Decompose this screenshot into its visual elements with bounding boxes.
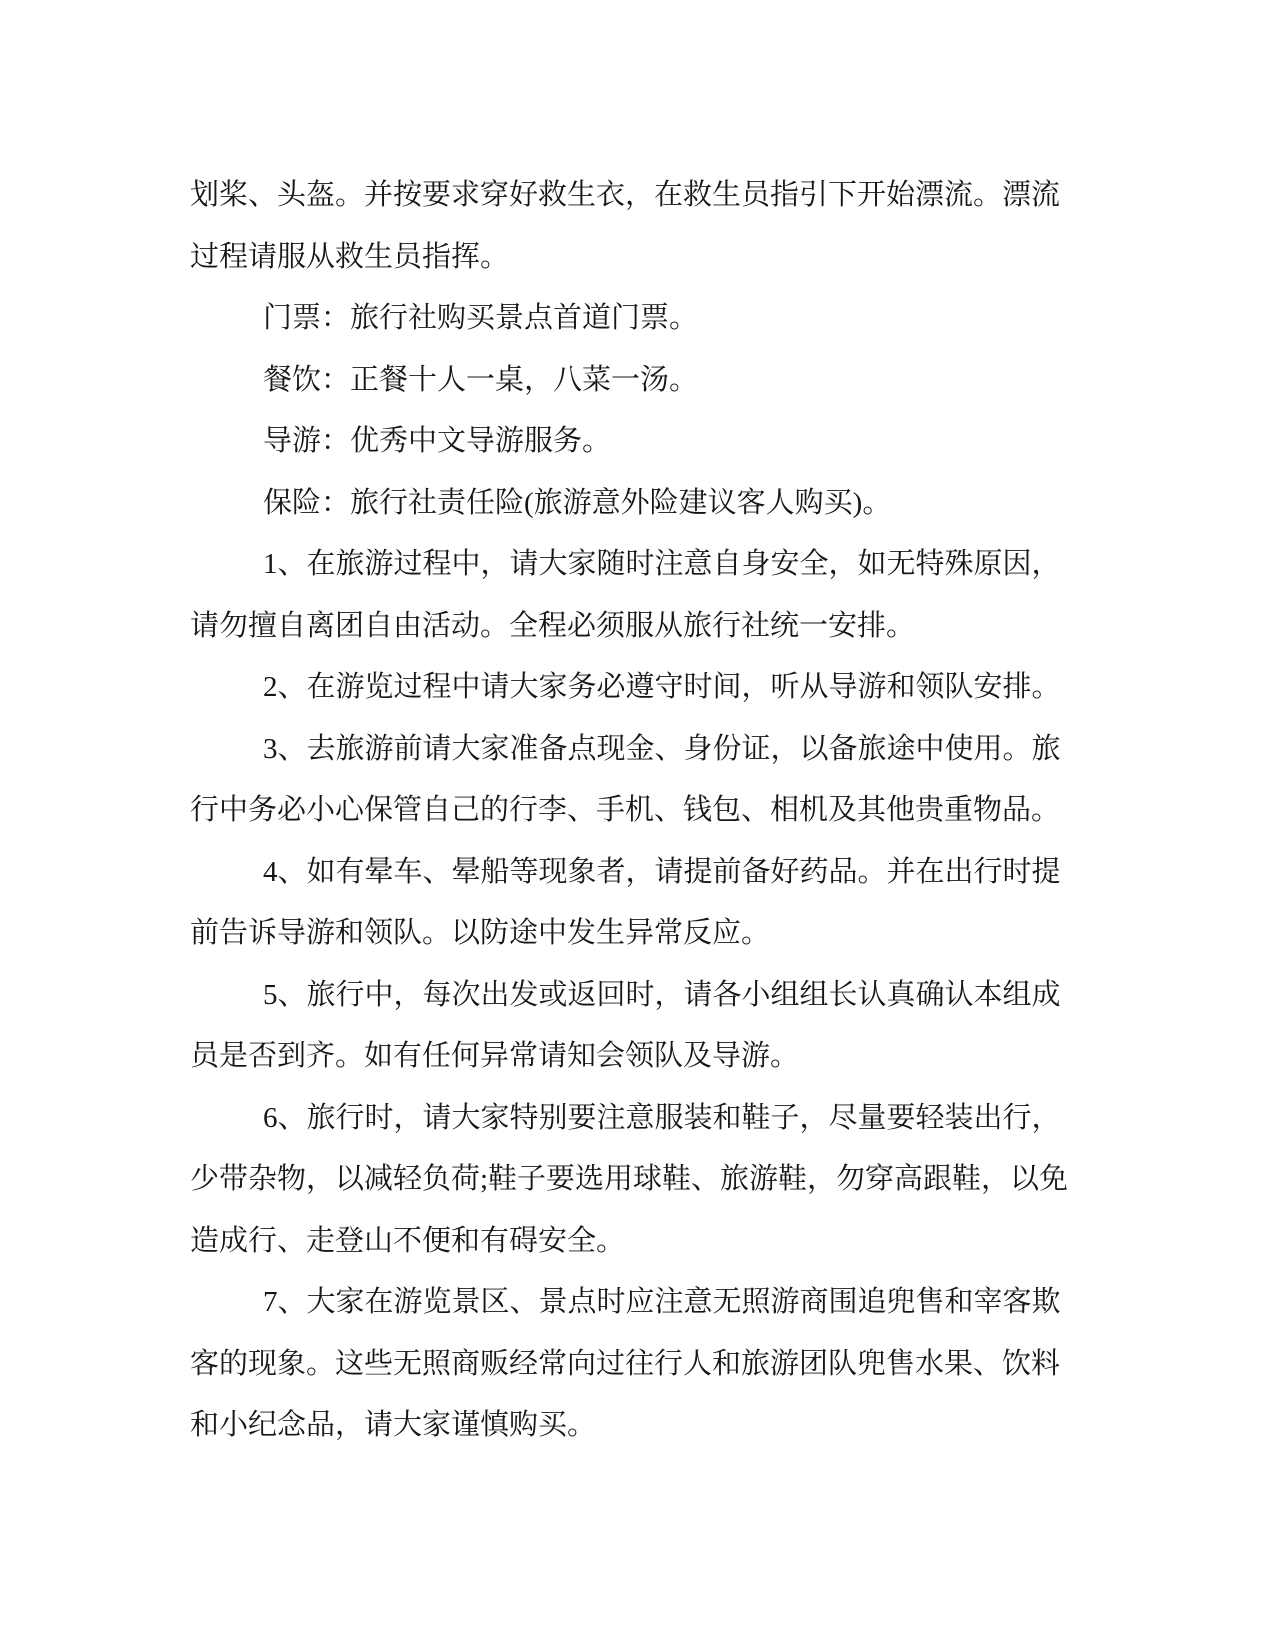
paragraph: 导游：优秀中文导游服务。	[190, 411, 1085, 473]
text-line: 前告诉导游和领队。以防途中发生异常反应。	[190, 903, 1085, 965]
text-line: 门票：旅行社购买景点首道门票。	[190, 288, 1085, 350]
paragraph: 划桨、头盔。并按要求穿好救生衣，在救生员指引下开始漂流。漂流过程请服从救生员指挥…	[190, 165, 1085, 288]
text-line: 7、大家在游览景区、景点时应注意无照游商围追兜售和宰客欺	[190, 1272, 1085, 1334]
text-line: 4、如有晕车、晕船等现象者，请提前备好药品。并在出行时提	[190, 842, 1085, 904]
text-line: 餐饮：正餐十人一桌，八菜一汤。	[190, 350, 1085, 412]
text-line: 请勿擅自离团自由活动。全程必须服从旅行社统一安排。	[190, 596, 1085, 658]
text-line: 1、在旅游过程中，请大家随时注意自身安全，如无特殊原因，	[190, 534, 1085, 596]
paragraph: 保险：旅行社责任险(旅游意外险建议客人购买)。	[190, 473, 1085, 535]
text-line: 3、去旅游前请大家准备点现金、身份证，以备旅途中使用。旅	[190, 719, 1085, 781]
text-line: 造成行、走登山不便和有碍安全。	[190, 1211, 1085, 1273]
text-line: 客的现象。这些无照商贩经常向过往行人和旅游团队兜售水果、饮料	[190, 1334, 1085, 1396]
paragraph: 3、去旅游前请大家准备点现金、身份证，以备旅途中使用。旅行中务必小心保管自己的行…	[190, 719, 1085, 842]
text-line: 2、在游览过程中请大家务必遵守时间，听从导游和领队安排。	[190, 657, 1085, 719]
text-line: 划桨、头盔。并按要求穿好救生衣，在救生员指引下开始漂流。漂流	[190, 165, 1085, 227]
text-line: 保险：旅行社责任险(旅游意外险建议客人购买)。	[190, 473, 1085, 535]
paragraph: 门票：旅行社购买景点首道门票。	[190, 288, 1085, 350]
text-line: 员是否到齐。如有任何异常请知会领队及导游。	[190, 1026, 1085, 1088]
paragraph: 6、旅行时，请大家特别要注意服装和鞋子，尽量要轻装出行，少带杂物，以减轻负荷;鞋…	[190, 1088, 1085, 1273]
paragraph: 7、大家在游览景区、景点时应注意无照游商围追兜售和宰客欺客的现象。这些无照商贩经…	[190, 1272, 1085, 1457]
text-line: 6、旅行时，请大家特别要注意服装和鞋子，尽量要轻装出行，	[190, 1088, 1085, 1150]
text-line: 少带杂物，以减轻负荷;鞋子要选用球鞋、旅游鞋，勿穿高跟鞋，以免	[190, 1149, 1085, 1211]
paragraph: 1、在旅游过程中，请大家随时注意自身安全，如无特殊原因，请勿擅自离团自由活动。全…	[190, 534, 1085, 657]
text-line: 5、旅行中，每次出发或返回时，请各小组组长认真确认本组成	[190, 965, 1085, 1027]
text-line: 过程请服从救生员指挥。	[190, 227, 1085, 289]
paragraph: 2、在游览过程中请大家务必遵守时间，听从导游和领队安排。	[190, 657, 1085, 719]
text-line: 和小纪念品，请大家谨慎购买。	[190, 1395, 1085, 1457]
document-page: 划桨、头盔。并按要求穿好救生衣，在救生员指引下开始漂流。漂流过程请服从救生员指挥…	[0, 0, 1275, 1650]
document-body: 划桨、头盔。并按要求穿好救生衣，在救生员指引下开始漂流。漂流过程请服从救生员指挥…	[190, 165, 1085, 1457]
paragraph: 5、旅行中，每次出发或返回时，请各小组组长认真确认本组成员是否到齐。如有任何异常…	[190, 965, 1085, 1088]
paragraph: 4、如有晕车、晕船等现象者，请提前备好药品。并在出行时提前告诉导游和领队。以防途…	[190, 842, 1085, 965]
text-line: 导游：优秀中文导游服务。	[190, 411, 1085, 473]
text-line: 行中务必小心保管自己的行李、手机、钱包、相机及其他贵重物品。	[190, 780, 1085, 842]
paragraph: 餐饮：正餐十人一桌，八菜一汤。	[190, 350, 1085, 412]
